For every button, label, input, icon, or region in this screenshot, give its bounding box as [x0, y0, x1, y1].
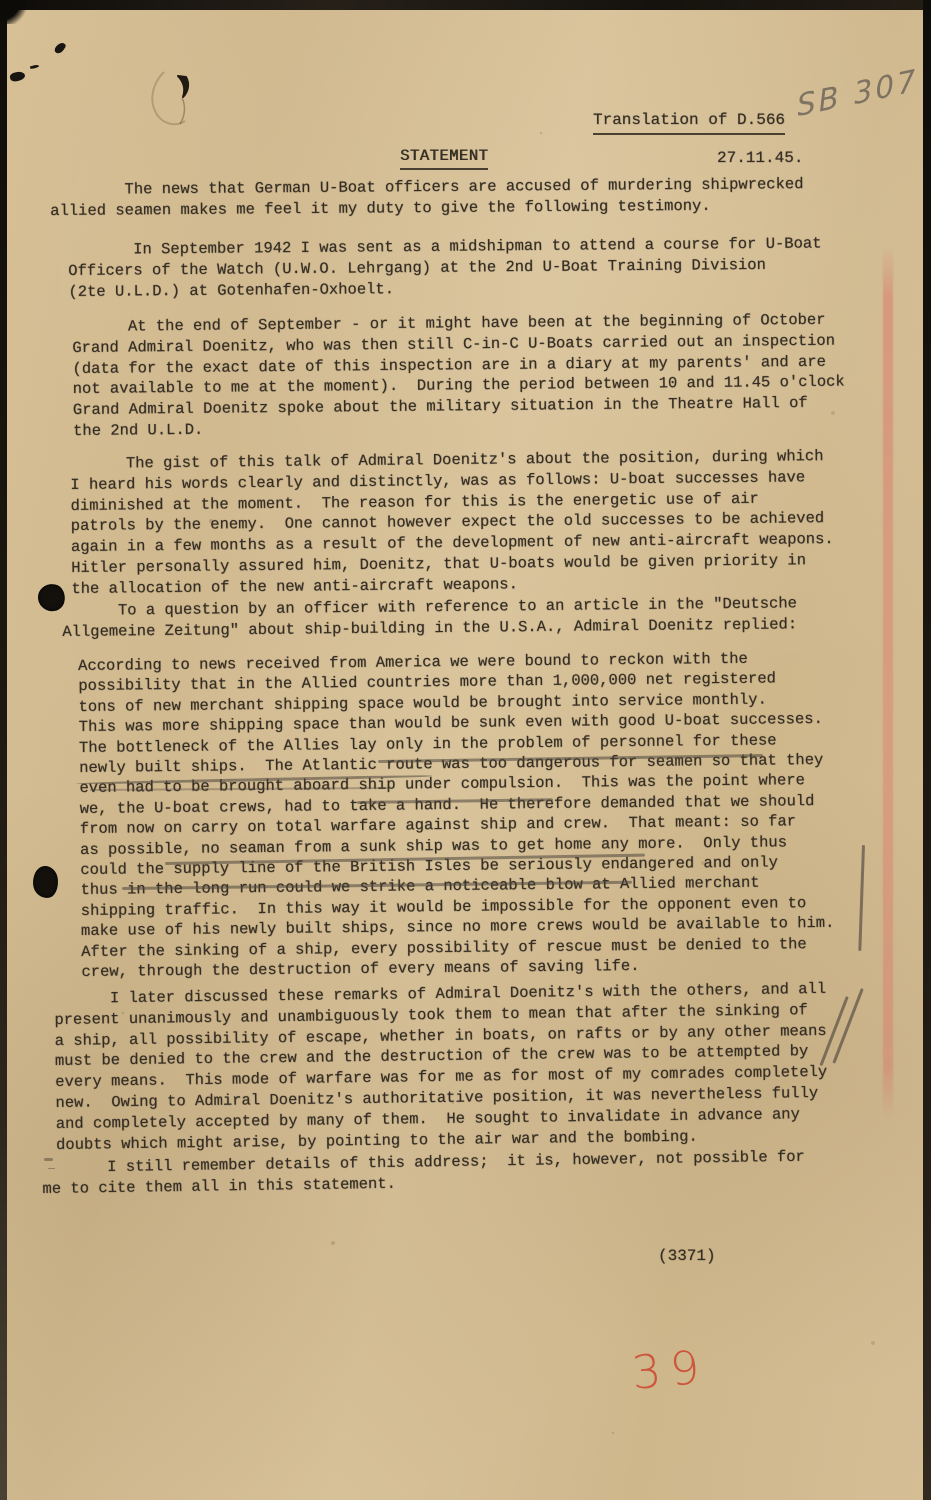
paragraph-4: The gist of this talk of Admiral Doenitz…	[70, 446, 834, 600]
date-stamp: 27.11.45.	[717, 148, 803, 169]
pencil-margin-tick	[44, 1158, 53, 1161]
footer-reference: (3371)	[658, 1246, 716, 1267]
ink-speck	[53, 41, 66, 55]
paragraph-8: I still remember details of this address…	[42, 1147, 805, 1200]
paragraph-3: At the end of September - or it might ha…	[72, 310, 845, 442]
handwritten-archive-mark: SB 307	[796, 66, 920, 122]
pencil-margin-line	[858, 845, 864, 951]
paper-speckles	[0, 0, 2, 2]
paragraph-7: I later discussed these remarks of Admir…	[54, 979, 828, 1155]
paragraph-2: In September 1942 I was sent as a midshi…	[68, 233, 822, 302]
red-margin-stripe	[883, 246, 893, 1118]
scan-edge-left	[0, 0, 7, 1500]
paper-tear-mark	[138, 64, 208, 136]
paragraph-6-doenitz-reply: According to news received from America …	[78, 648, 835, 983]
statement-title: STATEMENT	[400, 146, 488, 170]
scan-edge-top	[0, 0, 931, 10]
scan-edge-right	[923, 0, 931, 1500]
ink-speck	[9, 70, 26, 83]
translation-reference: Translation of D.566	[593, 110, 785, 135]
paragraph-5: To a question by an officer with referen…	[62, 593, 797, 642]
hole-punch-mark	[31, 865, 59, 899]
scan-corner-shadow	[0, 0, 28, 24]
document-page: Translation of D.566 SB 307 STATEMENT 27…	[0, 0, 931, 1500]
red-page-number: 39	[630, 1343, 710, 1395]
paragraph-1: The news that German U-Boat officers are…	[50, 174, 804, 222]
